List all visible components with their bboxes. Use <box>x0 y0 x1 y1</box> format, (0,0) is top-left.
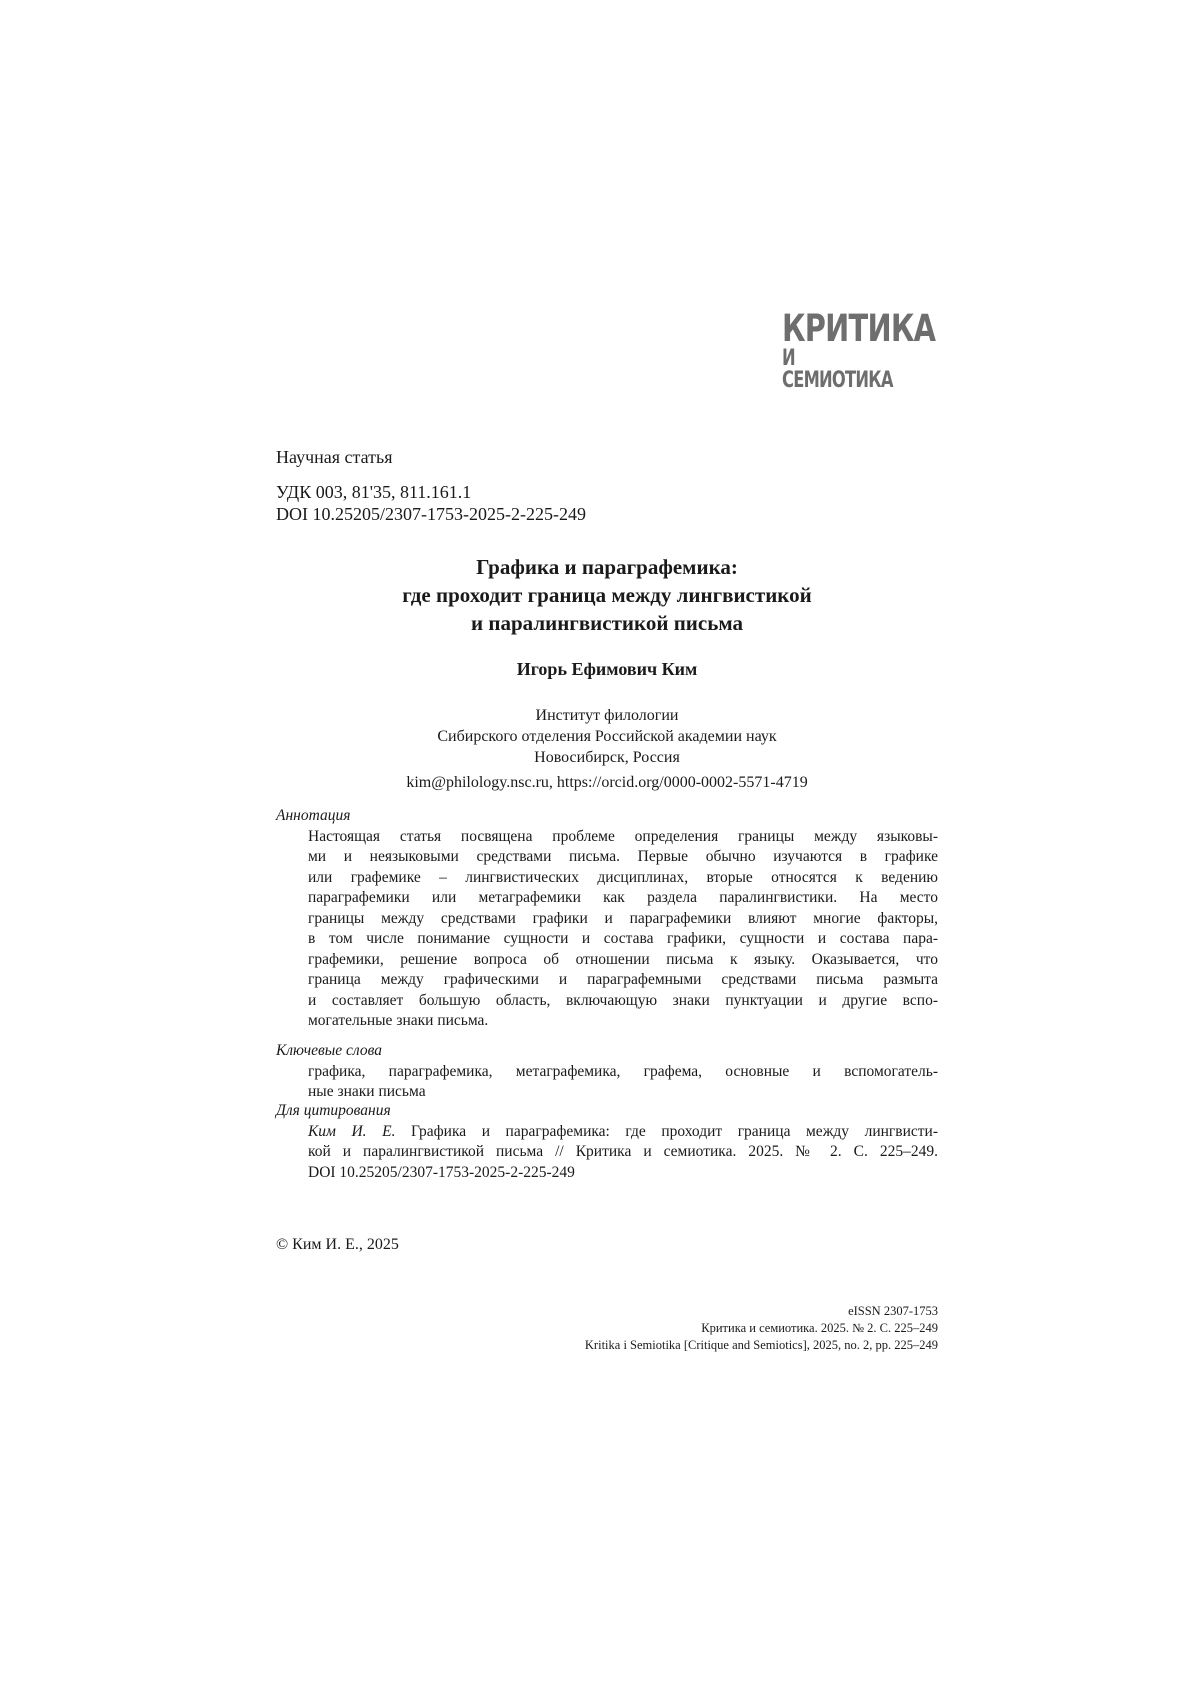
abstract-line: параграфемики или метаграфемики как разд… <box>308 888 938 909</box>
title-line: и паралингвистикой письма <box>276 609 938 637</box>
citation-line: Ким И. Е. Графика и параграфемика: где п… <box>308 1122 938 1143</box>
citation-doi: DOI 10.25205/2307-1753-2025-2-225-249 <box>308 1163 938 1184</box>
abstract-line: ми и неязыковыми средствами письма. Перв… <box>308 847 938 868</box>
citation-author: Ким И. Е. <box>308 1123 395 1140</box>
footer-en-citation: Kritika i Semiotika [Critique and Semiot… <box>585 1337 938 1354</box>
abstract-section: Аннотация Настоящая статья посвящена про… <box>276 806 938 1032</box>
udk-code: УДК 003, 81'35, 811.161.1 <box>276 481 471 503</box>
abstract-line: графемики, решение вопроса об отношении … <box>308 950 938 971</box>
keywords-section: Ключевые слова графика, параграфемика, м… <box>276 1041 938 1103</box>
footer-ru-citation: Критика и семиотика. 2025. № 2. С. 225–2… <box>585 1320 938 1337</box>
article-title: Графика и параграфемика: где проходит гр… <box>276 553 938 637</box>
article-first-page: КРИТИКА И СЕМИОТИКА Научная статья УДК 0… <box>0 0 1200 1697</box>
keywords-line: ные знаки письма <box>308 1082 938 1103</box>
copyright: © Ким И. Е., 2025 <box>276 1236 399 1254</box>
abstract-line: могательные знаки письма. <box>308 1011 938 1032</box>
footer-eissn: eISSN 2307-1753 <box>585 1303 938 1320</box>
abstract-text: Настоящая статья посвящена проблеме опре… <box>308 827 938 1032</box>
keywords-text: графика, параграфемика, метаграфемика, г… <box>308 1062 938 1103</box>
keywords-line: графика, параграфемика, метаграфемика, г… <box>308 1062 938 1083</box>
citation-title-start: Графика и параграфемика: где проходит гр… <box>395 1123 938 1140</box>
affiliation-line: Новосибирск, Россия <box>276 747 938 768</box>
affiliation: Институт филологии Сибирского отделения … <box>276 705 938 768</box>
keywords-label: Ключевые слова <box>276 1041 938 1062</box>
journal-logo-line1: КРИТИКА <box>782 310 901 347</box>
title-line: Графика и параграфемика: <box>276 553 938 581</box>
abstract-line: и составляет большую область, включающую… <box>308 991 938 1012</box>
abstract-line: границы между средствами графики и параг… <box>308 909 938 930</box>
abstract-line: в том числе понимание сущности и состава… <box>308 929 938 950</box>
abstract-label: Аннотация <box>276 806 938 827</box>
affiliation-line: Сибирского отделения Российской академии… <box>276 726 938 747</box>
title-line: где проходит граница между лингвистикой <box>276 581 938 609</box>
citation-label: Для цитирования <box>276 1101 938 1122</box>
journal-logo-line2: И СЕМИОТИКА <box>782 348 894 392</box>
author-contacts[interactable]: kim@philology.nsc.ru, https://orcid.org/… <box>276 774 938 792</box>
abstract-line: граница между графическими и параграфемн… <box>308 970 938 991</box>
citation-section: Для цитирования Ким И. Е. Графика и пара… <box>276 1101 938 1183</box>
abstract-line: или графемике – лингвистических дисципли… <box>308 868 938 889</box>
author-name: Игорь Ефимович Ким <box>276 659 938 680</box>
journal-footer: eISSN 2307-1753 Критика и семиотика. 202… <box>585 1303 938 1354</box>
journal-logo: КРИТИКА И СЕМИОТИКА <box>782 310 934 392</box>
abstract-line: Настоящая статья посвящена проблеме опре… <box>308 827 938 848</box>
citation-text: Ким И. Е. Графика и параграфемика: где п… <box>308 1122 938 1184</box>
article-type: Научная статья <box>276 446 392 468</box>
citation-line: кой и паралингвистикой письма // Критика… <box>308 1142 938 1163</box>
affiliation-line: Институт филологии <box>276 705 938 726</box>
doi: DOI 10.25205/2307-1753-2025-2-225-249 <box>276 503 586 525</box>
